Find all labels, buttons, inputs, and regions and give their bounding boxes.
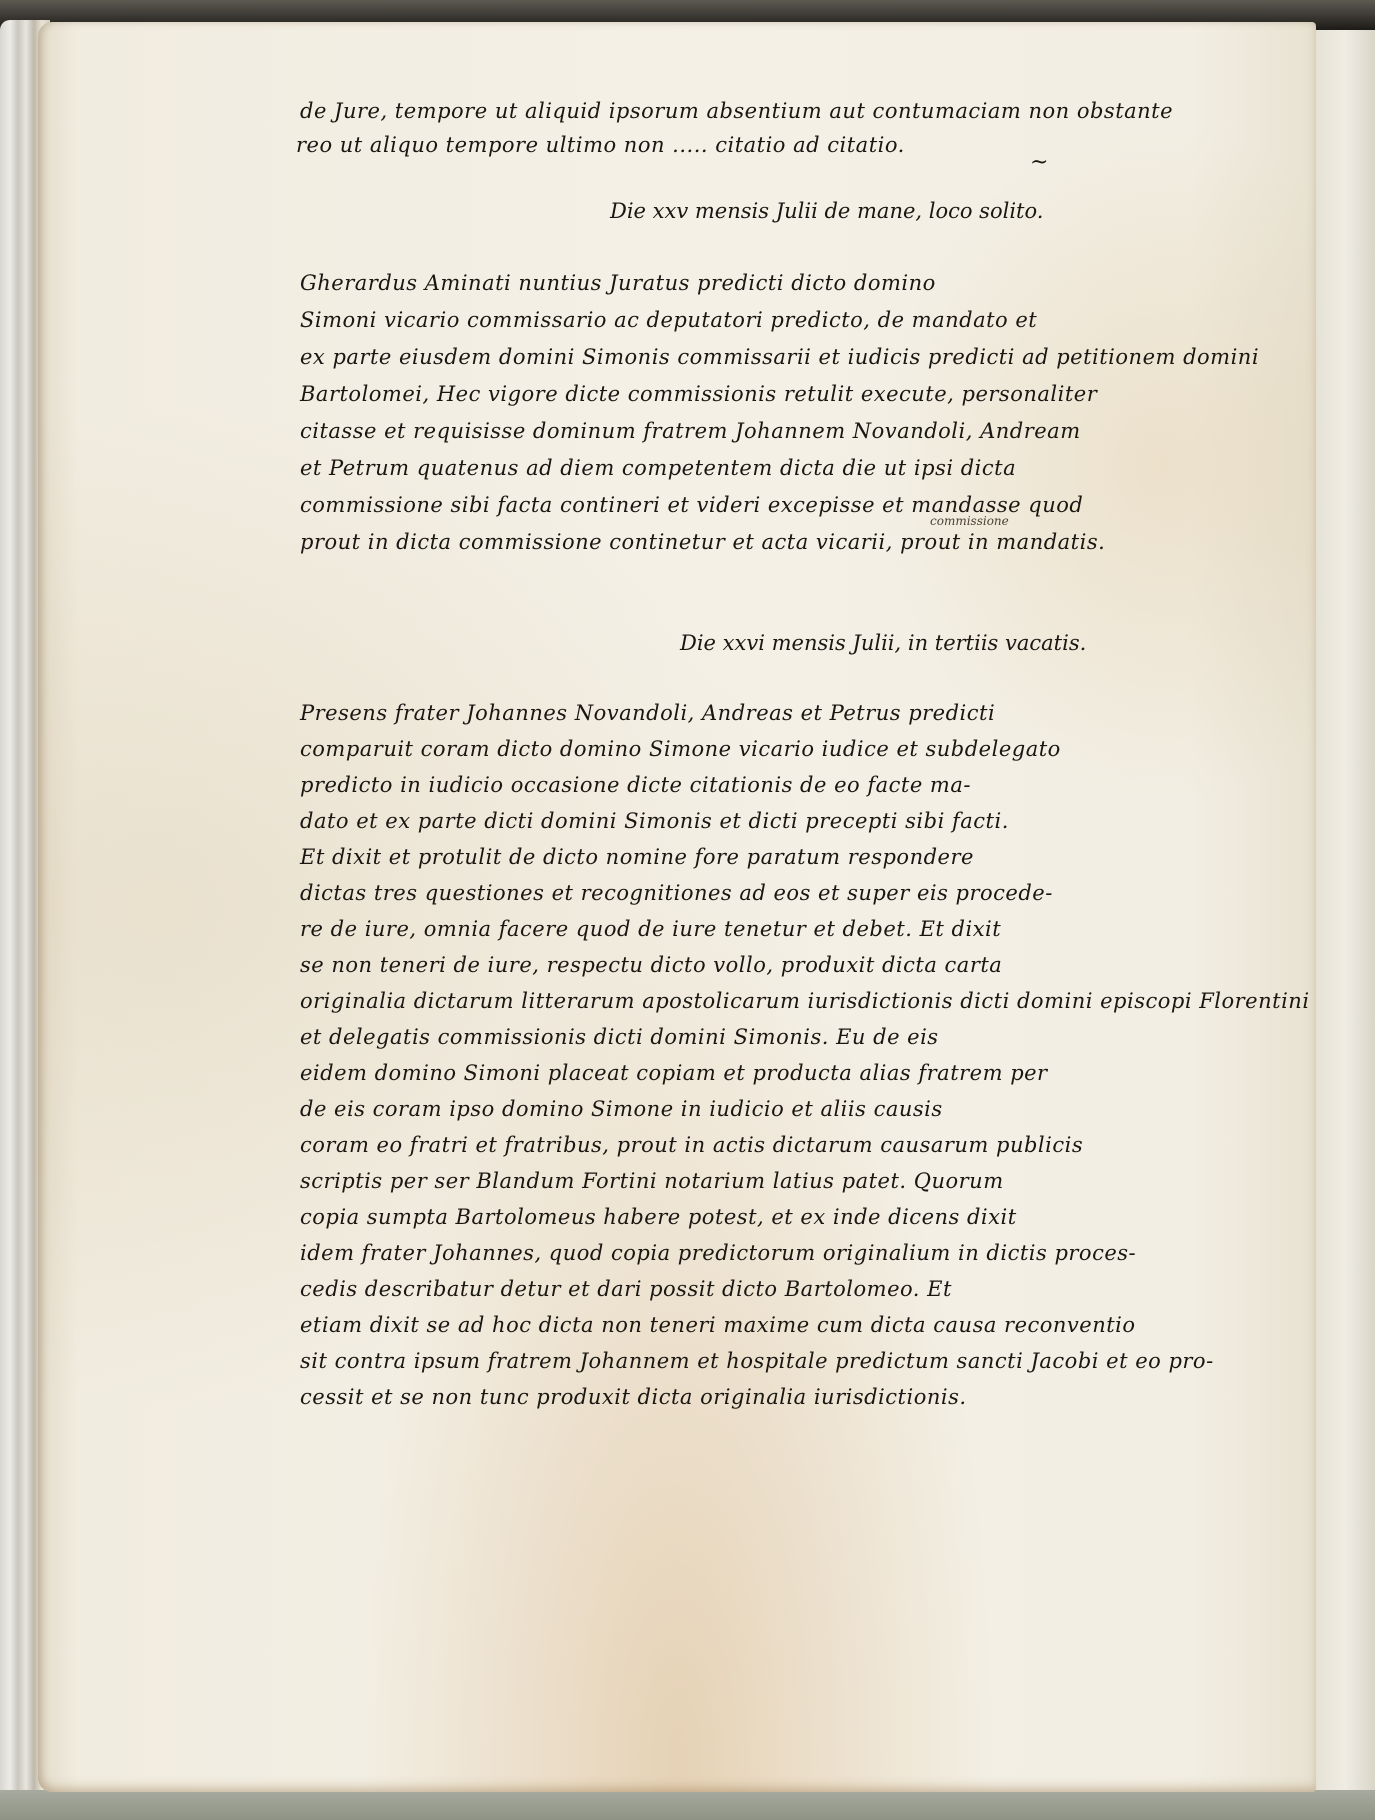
text-line: originalia dictarum litterarum apostolic… — [300, 986, 1310, 1016]
text-line: se non teneri de iure, respectu dicto vo… — [300, 950, 1002, 980]
text-line: dictas tres questiones et recognitiones … — [300, 878, 1053, 908]
scan-bottom-background — [0, 1790, 1375, 1820]
date-heading: Die xxv mensis Julii de mane, loco solit… — [610, 196, 1043, 226]
text-line: eidem domino Simoni placeat copiam et pr… — [300, 1058, 1048, 1088]
text-line: Simoni vicario commissario ac deputatori… — [300, 305, 1037, 335]
text-line: Gherardus Aminati nuntius Juratus predic… — [300, 268, 936, 298]
text-line: idem frater Johannes, quod copia predict… — [300, 1238, 1136, 1268]
text-line: et delegatis commissionis dicti domini S… — [300, 1022, 939, 1052]
text-line: ex parte eiusdem domini Simonis commissa… — [300, 342, 1259, 372]
text-line: citasse et requisisse dominum fratrem Jo… — [300, 416, 1081, 446]
text-line: predicto in iudicio occasione dicte cita… — [300, 770, 971, 800]
text-line: Bartolomei, Hec vigore dicte commissioni… — [300, 379, 1097, 409]
text-line: etiam dixit se ad hoc dicta non teneri m… — [300, 1310, 1136, 1340]
text-line: cessit et se non tunc produxit dicta ori… — [300, 1382, 967, 1412]
text-line: re de iure, omnia facere quod de iure te… — [300, 914, 1001, 944]
interlinear-insertion: commissione — [930, 514, 1009, 528]
text-line: sit contra ipsum fratrem Johannem et hos… — [300, 1346, 1214, 1376]
text-line: Et dixit et protulit de dicto nomine for… — [300, 842, 974, 872]
text-line: reo ut aliquo tempore ultimo non ..... c… — [296, 130, 905, 160]
text-line: copia sumpta Bartolomeus habere potest, … — [300, 1202, 1017, 1232]
text-line: cedis describatur detur et dari possit d… — [300, 1274, 952, 1304]
text-line: scriptis per ser Blandum Fortini notariu… — [300, 1166, 1004, 1196]
text-line: de eis coram ipso domino Simone in iudic… — [300, 1094, 943, 1124]
text-line: dato et ex parte dicti domini Simonis et… — [300, 806, 1009, 836]
text-line: et Petrum quatenus ad diem competentem d… — [300, 453, 1016, 483]
text-line: comparuit coram dicto domino Simone vica… — [300, 734, 1061, 764]
marginal-mark: ~ — [1030, 150, 1048, 175]
text-line: coram eo fratri et fratribus, prout in a… — [300, 1130, 1083, 1160]
text-line: de Jure, tempore ut aliquid ipsorum abse… — [300, 96, 1173, 126]
date-heading: Die xxvi mensis Julii, in tertiis vacati… — [680, 628, 1086, 658]
text-line: Presens frater Johannes Novandoli, Andre… — [300, 698, 995, 728]
text-line: prout in dicta commissione continetur et… — [300, 527, 1105, 557]
